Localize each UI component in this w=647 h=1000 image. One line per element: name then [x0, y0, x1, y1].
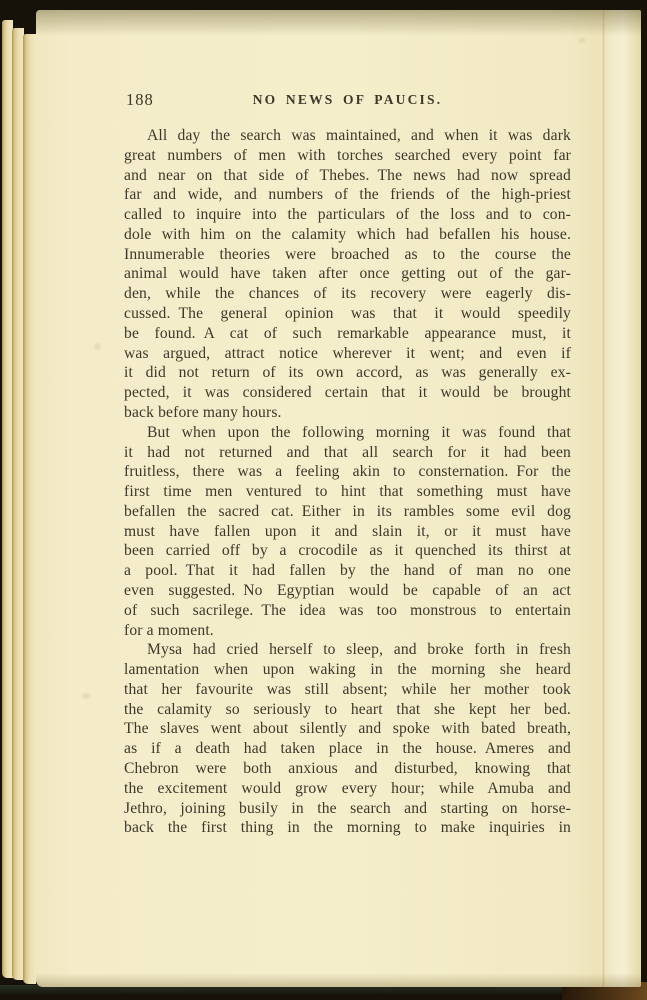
text-line: it had not returned and that all search …: [124, 443, 571, 463]
paragraph: But when upon the following morning it w…: [124, 423, 571, 641]
paper-spot: [579, 38, 585, 43]
text-line: The slaves went about silently and spoke…: [124, 719, 571, 739]
text-line: as if a death had taken place in the hou…: [124, 739, 571, 759]
book-page: 188 NO NEWS OF PAUCIS. All day the searc…: [36, 10, 641, 987]
text-line: and near on that side of Thebes. The new…: [124, 166, 571, 186]
running-head: 188 NO NEWS OF PAUCIS.: [124, 89, 571, 111]
text-line: was argued, attract notice wherever it w…: [124, 344, 571, 364]
gutter-crease: [602, 10, 605, 987]
text-line: den, while the chances of its recovery w…: [124, 284, 571, 304]
text-line: first time men ventured to hint that som…: [124, 482, 571, 502]
text-line: Jethro, joining busily in the search and…: [124, 799, 571, 819]
page-bottom-shadow: [36, 973, 641, 987]
text-line: far and wide, and numbers of the friends…: [124, 185, 571, 205]
text-line: the excitement would grow every hour; wh…: [124, 779, 571, 799]
text-line: called to inquire into the particulars o…: [124, 205, 571, 225]
text-line: lamentation when upon waking in the morn…: [124, 660, 571, 680]
text-line: it did not return of its own accord, as …: [124, 363, 571, 383]
text-line: the calamity so seriously to heart that …: [124, 700, 571, 720]
text-block: All day the search was maintained, and w…: [124, 126, 571, 838]
text-line: be found. A cat of such remarkable appea…: [124, 324, 571, 344]
text-line: pected, it was considered certain that i…: [124, 383, 571, 403]
text-line: All day the search was maintained, and w…: [124, 126, 571, 146]
text-line: of such sacrilege. The idea was too mons…: [124, 601, 571, 621]
text-line: cussed. The general opinion was that it …: [124, 304, 571, 324]
chapter-running-title: NO NEWS OF PAUCIS.: [124, 92, 571, 108]
page-top-shadow: [36, 10, 641, 36]
text-line: Innumerable theories were broached as to…: [124, 245, 571, 265]
text-line: back before many hours.: [124, 403, 571, 423]
text-line: But when upon the following morning it w…: [124, 423, 571, 443]
text-line: animal would have taken after once getti…: [124, 264, 571, 284]
text-line: Mysa had cried herself to sleep, and bro…: [124, 640, 571, 660]
stacked-page-edge: [23, 34, 36, 984]
text-line: for a moment.: [124, 621, 571, 641]
paragraph: All day the search was maintained, and w…: [124, 126, 571, 423]
paper-spot: [94, 343, 101, 350]
text-line: Chebron were both anxious and disturbed,…: [124, 759, 571, 779]
scan-background: 188 NO NEWS OF PAUCIS. All day the searc…: [0, 0, 647, 1000]
text-line: must have fallen upon it and slain it, o…: [124, 522, 571, 542]
paragraph: Mysa had cried herself to sleep, and bro…: [124, 640, 571, 838]
text-line: befallen the sacred cat. Either in its r…: [124, 502, 571, 522]
text-line: a pool. That it had fallen by the hand o…: [124, 561, 571, 581]
text-line: even suggested. No Egyptian would be cap…: [124, 581, 571, 601]
text-line: back the first thing in the morning to m…: [124, 818, 571, 838]
text-line: that her favourite was still absent; whi…: [124, 680, 571, 700]
text-line: been carried off by a crocodile as it qu…: [124, 541, 571, 561]
paper-spot: [82, 693, 90, 699]
text-line: dole with him on the calamity which had …: [124, 225, 571, 245]
text-line: fruitless, there was a feeling akin to c…: [124, 462, 571, 482]
text-line: great numbers of men with torches search…: [124, 146, 571, 166]
